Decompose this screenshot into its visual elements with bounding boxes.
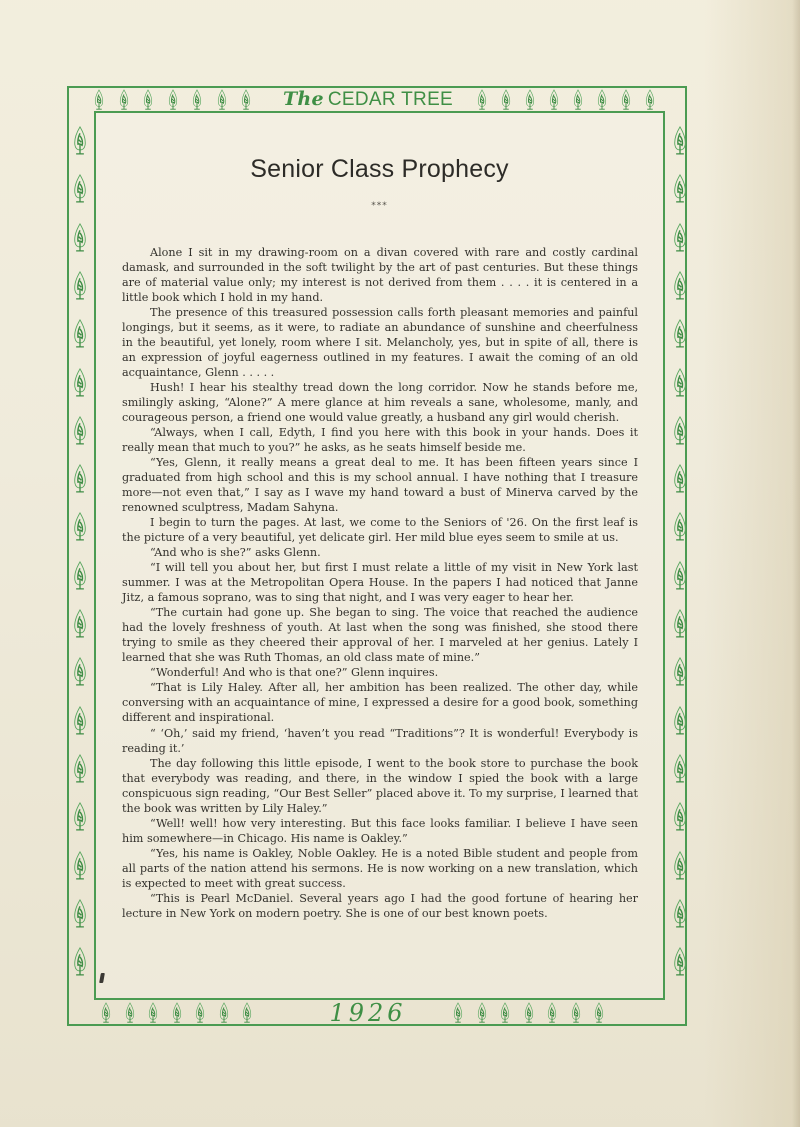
- cedar-tree-icon: [499, 89, 513, 111]
- cedar-tree-icon: [671, 704, 689, 738]
- cedar-tree-icon: [99, 1002, 113, 1024]
- cedar-tree-icon: [193, 1002, 207, 1024]
- cedar-tree-icon: [117, 89, 131, 111]
- cedar-tree-icon: [71, 172, 89, 206]
- article-paragraph: “I will tell you about her, but first I …: [122, 560, 638, 605]
- article-paragraph: Alone I sit in my drawing-room on a diva…: [122, 245, 638, 305]
- cedar-tree-icon: [671, 510, 689, 544]
- cedar-tree-icon: [451, 1002, 465, 1024]
- article-paragraph: “The curtain had gone up. She began to s…: [122, 605, 638, 665]
- cedar-tree-icon: [71, 607, 89, 641]
- cedar-tree-icon: [671, 317, 689, 351]
- header-the: The: [283, 88, 324, 110]
- cedar-tree-icon: [475, 1002, 489, 1024]
- cedar-tree-icon: [217, 1002, 231, 1024]
- cedar-tree-icon: [671, 269, 689, 303]
- cedar-tree-icon: [71, 414, 89, 448]
- article-paragraph: Hush! I hear his stealthy tread down the…: [122, 380, 638, 425]
- cedar-tree-icon: [671, 655, 689, 689]
- article-paragraph: “Well! well! how very interesting. But t…: [122, 816, 638, 846]
- cedar-tree-icon: [498, 1002, 512, 1024]
- cedar-tree-icon: [240, 1002, 254, 1024]
- cedar-tree-icon: [523, 89, 537, 111]
- cedar-tree-icon: [71, 221, 89, 255]
- cedar-tree-icon: [671, 172, 689, 206]
- cedar-tree-icon: [71, 559, 89, 593]
- cedar-tree-icon: [166, 89, 180, 111]
- cedar-tree-icon: [671, 849, 689, 883]
- article-paragraph: “Yes, his name is Oakley, Noble Oakley. …: [122, 846, 638, 891]
- cedar-tree-icon: [671, 559, 689, 593]
- cedar-tree-icon: [71, 269, 89, 303]
- cedar-tree-icon: [671, 414, 689, 448]
- header-publication-name: CEDAR TREE: [328, 89, 453, 110]
- article-paragraph: The presence of this treasured possessio…: [122, 305, 638, 380]
- cedar-tree-icon: [671, 221, 689, 255]
- article-paragraph: I begin to turn the pages. At last, we c…: [122, 515, 638, 545]
- cedar-tree-icon: [671, 462, 689, 496]
- cedar-tree-icon: [475, 89, 489, 111]
- cedar-tree-icon: [71, 510, 89, 544]
- cedar-tree-icon: [569, 1002, 583, 1024]
- cedar-tree-icon: [170, 1002, 184, 1024]
- cedar-tree-icon: [190, 89, 204, 111]
- cedar-tree-icon: [671, 945, 689, 979]
- cedar-tree-icon: [141, 89, 155, 111]
- cedar-tree-icon: [671, 124, 689, 158]
- cedar-tree-icon: [671, 752, 689, 786]
- cedar-tree-icon: [671, 366, 689, 400]
- article-body: Alone I sit in my drawing-room on a diva…: [122, 245, 638, 921]
- cedar-tree-icon: [71, 462, 89, 496]
- cedar-tree-icon: [239, 89, 253, 111]
- cedar-tree-icon: [215, 89, 229, 111]
- article-paragraph: “Always, when I call, Edyth, I find you …: [122, 425, 638, 455]
- cedar-tree-icon: [571, 89, 585, 111]
- cedar-tree-icon: [123, 1002, 137, 1024]
- cedar-tree-icon: [71, 752, 89, 786]
- article-paragraph: “That is Lily Haley. After all, her ambi…: [122, 680, 638, 725]
- cedar-tree-icon: [592, 1002, 606, 1024]
- page-edge-shadow: [792, 0, 800, 1127]
- article-paragraph: “Yes, Glenn, it really means a great dea…: [122, 455, 638, 515]
- page-title: Senior Class Prophecy: [94, 154, 665, 184]
- article-paragraph: “Wonderful! And who is that one?” Glenn …: [122, 665, 638, 680]
- cedar-tree-icon: [547, 89, 561, 111]
- cedar-tree-icon: [545, 1002, 559, 1024]
- cedar-tree-icon: [71, 704, 89, 738]
- publication-header: TheCEDAR TREE: [270, 88, 466, 110]
- cedar-tree-icon: [71, 366, 89, 400]
- cedar-tree-icon: [146, 1002, 160, 1024]
- cedar-tree-icon: [671, 607, 689, 641]
- cedar-tree-icon: [71, 849, 89, 883]
- cedar-tree-icon: [522, 1002, 536, 1024]
- cedar-tree-icon: [619, 89, 633, 111]
- article-paragraph: “ ‘Oh,’ said my friend, ‘haven’t you rea…: [122, 726, 638, 756]
- article-paragraph: The day following this little episode, I…: [122, 756, 638, 816]
- footer-year: 1926: [318, 1000, 418, 1026]
- cedar-tree-icon: [92, 89, 106, 111]
- article-paragraph: “And who is she?” asks Glenn.: [122, 545, 638, 560]
- cedar-tree-icon: [71, 945, 89, 979]
- cedar-tree-icon: [71, 317, 89, 351]
- cedar-tree-icon: [671, 800, 689, 834]
- cedar-tree-icon: [71, 800, 89, 834]
- cedar-tree-icon: [71, 655, 89, 689]
- cedar-tree-icon: [595, 89, 609, 111]
- cedar-tree-icon: [671, 897, 689, 931]
- section-separator: ***: [94, 201, 665, 211]
- cedar-tree-icon: [71, 124, 89, 158]
- cedar-tree-icon: [643, 89, 657, 111]
- article-paragraph: “This is Pearl McDaniel. Several years a…: [122, 891, 638, 921]
- cedar-tree-icon: [71, 897, 89, 931]
